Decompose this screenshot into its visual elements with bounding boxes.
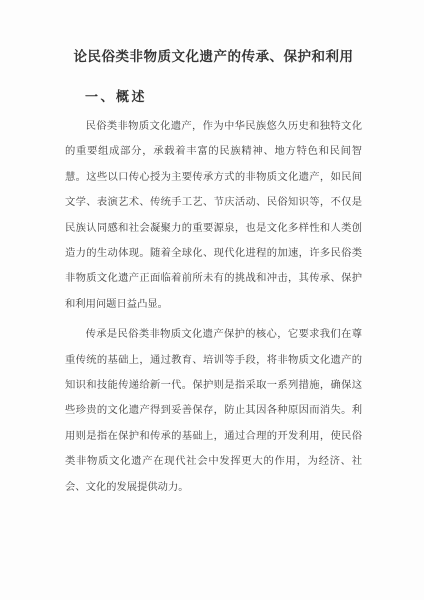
document-page: 论民俗类非物质文化遗产的传承、保护和利用 一、概述 民俗类非物质文化遗产，作为中… (0, 0, 424, 600)
paragraph-overview-1: 民俗类非物质文化遗产，作为中华民族悠久历史和独特文化的重要组成部分，承载着丰富的… (65, 114, 362, 317)
section-heading: 一、概述 (85, 90, 362, 104)
paragraph-overview-2: 传承是民俗类非物质文化遗产保护的核心，它要求我们在尊重传统的基础上，通过教育、培… (65, 322, 362, 500)
document-title: 论民俗类非物质文化遗产的传承、保护和利用 (65, 38, 362, 76)
